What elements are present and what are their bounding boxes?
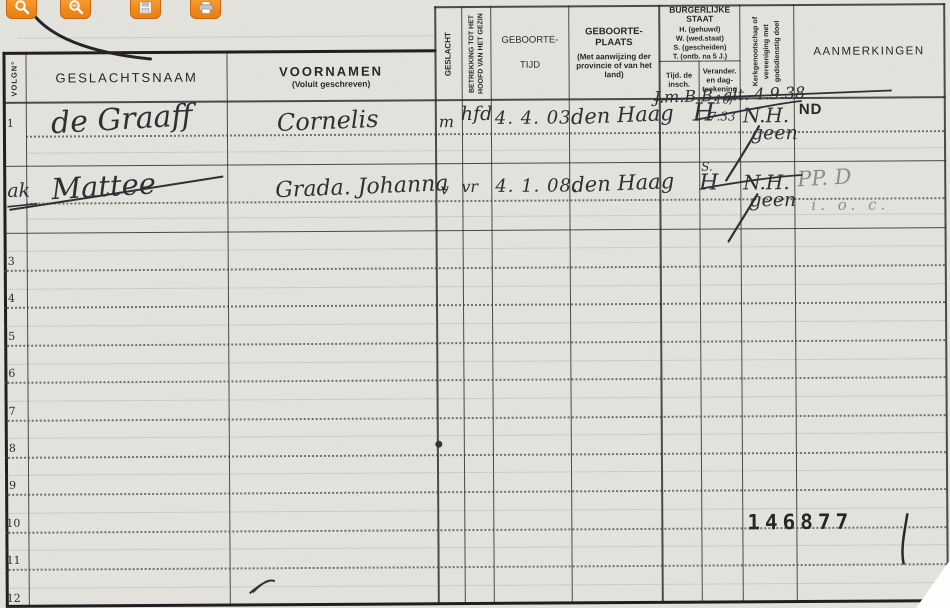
ruled-line xyxy=(26,197,944,205)
print-icon xyxy=(198,0,214,15)
column-header-volgnr: VOLGN° xyxy=(3,55,25,102)
population-register-card: VOLGN° GESLACHTSNAAM VOORNAMEN (Voluit g… xyxy=(0,0,950,608)
ruled-line xyxy=(4,283,945,290)
zoom-in-icon xyxy=(14,0,30,15)
zoom-in-button[interactable] xyxy=(6,0,37,19)
ruled-line xyxy=(6,563,947,571)
zoom-out-button[interactable] xyxy=(60,0,91,19)
entry-birthplace: den Haag xyxy=(570,101,674,129)
column-header-aanmerkingen: AANMERKINGEN xyxy=(794,5,944,97)
entry-church-new: geen xyxy=(751,122,798,144)
ruled-line xyxy=(5,451,946,459)
row-number: 10 xyxy=(6,517,20,530)
pen-mark-right xyxy=(902,514,907,563)
entry-civil-status: H xyxy=(699,171,718,196)
ruled-line xyxy=(5,544,946,551)
entry-firstnames: Cornelis xyxy=(276,105,379,137)
ruled-line xyxy=(6,582,947,589)
divider xyxy=(18,35,433,39)
column-header-betrekking: BETREKKING TOT HET HOOFD VAN HET GEZIN xyxy=(462,8,491,99)
page-corner xyxy=(916,560,950,608)
document-viewer: VOLGN° GESLACHTSNAAM VOORNAMEN (Voluit g… xyxy=(0,0,950,608)
entry-civil-date-bottom: 7.33 xyxy=(709,109,736,123)
row-number: 12 xyxy=(7,592,21,605)
column-header-voornamen: VOORNAMEN (Voluit geschreven) xyxy=(227,52,434,100)
ruled-line xyxy=(5,488,946,496)
row-number: 7 xyxy=(9,405,16,418)
serial-number-stamp: 146877 xyxy=(747,510,853,535)
entry-remark: ND xyxy=(799,101,823,118)
entry-church-new: geen xyxy=(749,189,796,211)
entry-row-mark: ak xyxy=(7,180,30,202)
print-button[interactable] xyxy=(190,0,221,19)
save-icon xyxy=(138,0,153,15)
row-number: 11 xyxy=(7,554,21,567)
row-number: 8 xyxy=(9,442,16,455)
divider xyxy=(699,61,703,603)
ruled-line xyxy=(4,245,945,252)
row-number: 1 xyxy=(7,117,14,130)
ruled-line xyxy=(4,358,945,365)
ruled-line xyxy=(5,414,946,422)
ruled-line xyxy=(4,376,945,384)
ruled-line xyxy=(26,213,944,220)
row-number: 5 xyxy=(8,330,15,343)
column-header-geslachtsnaam: GESLACHTSNAAM xyxy=(26,54,226,102)
column-header-geslacht: GESLACHT xyxy=(436,8,462,99)
row-number: 9 xyxy=(9,479,16,492)
ruled-line xyxy=(5,395,946,402)
ruled-line xyxy=(4,264,945,272)
row-number: 4 xyxy=(8,292,15,305)
divider xyxy=(4,227,947,234)
row-number: 3 xyxy=(8,255,15,268)
row-number: 6 xyxy=(8,367,15,380)
entry-birthplace: den Haag xyxy=(571,169,675,197)
ruled-line xyxy=(5,432,946,439)
entry-birthdate: 4. 1. 08. xyxy=(495,175,579,197)
entry-surname: Mattee xyxy=(50,166,156,206)
entry-relation: vr xyxy=(461,177,478,196)
scanned-card: VOLGN° GESLACHTSNAAM VOORNAMEN (Voluit g… xyxy=(0,0,950,608)
entry-birthdate: 4. 4. 03 xyxy=(495,107,572,128)
zoom-out-icon xyxy=(68,0,84,15)
divider xyxy=(6,599,949,608)
ruled-line xyxy=(4,320,945,327)
column-header-geboortetijd: GEBOORTE- TIJD xyxy=(491,7,569,98)
ruled-line xyxy=(4,301,945,309)
entry-relation: hfd xyxy=(461,103,493,125)
column-header-burgerlijke-staat: BURGERLIJKE STAAT H. (gehuwd) W. (wed.st… xyxy=(660,5,739,60)
column-header-geboorteplaats: GEBOORTE-PLAATS (Met aanwijzing der prov… xyxy=(569,7,659,99)
entry-remark-pencil: PP. D xyxy=(797,164,853,191)
entry-remark-pencil: i. o. c. xyxy=(811,195,889,213)
save-button[interactable] xyxy=(130,0,161,19)
entry-sex: m xyxy=(439,112,454,131)
ruled-line xyxy=(4,339,945,347)
ruled-line xyxy=(26,147,944,154)
entry-civil-date-top: 10/ xyxy=(715,92,734,106)
entry-sex: v xyxy=(440,180,449,198)
ruled-line xyxy=(5,469,946,476)
entry-firstnames: Grada. Johanna xyxy=(275,171,449,203)
